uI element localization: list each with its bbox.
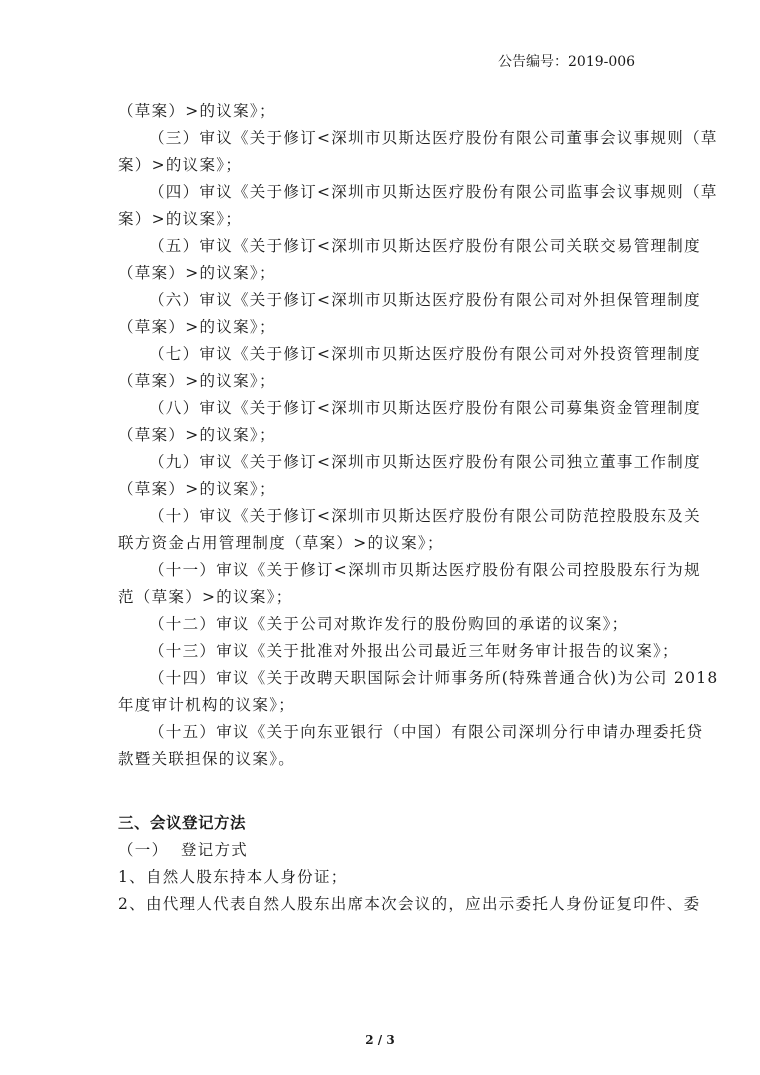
agenda-item-9: （九）审议《关于修订<深圳市贝斯达医疗股份有限公司独立董事工作制度 — [118, 449, 648, 476]
agenda-item-14: （十四）审议《关于改聘天职国际会计师事务所(特殊普通合伙)为公司 2018 — [118, 665, 648, 692]
agenda-item-3: （三）审议《关于修订<深圳市贝斯达医疗股份有限公司董事会议事规则（草 — [118, 125, 648, 152]
section-registration: 三、会议登记方法 （一） 登记方式 1、自然人股东持本人身份证； 2、由代理人代… — [118, 810, 648, 918]
agenda-line: （草案）>的议案》； — [118, 368, 648, 395]
agenda-item-8: （八）审议《关于修订<深圳市贝斯达医疗股份有限公司募集资金管理制度 — [118, 395, 648, 422]
agenda-line: （草案）>的议案》； — [118, 260, 648, 287]
agenda-line: 案）>的议案》； — [118, 206, 648, 233]
section-spacer — [118, 800, 648, 810]
agenda-line: （草案）>的议案》； — [118, 422, 648, 449]
agenda-item-7: （七）审议《关于修订<深圳市贝斯达医疗股份有限公司对外投资管理制度 — [118, 341, 648, 368]
agenda-item-4: （四）审议《关于修订<深圳市贝斯达医疗股份有限公司监事会议事规则（草 — [118, 179, 648, 206]
agenda-item-5: （五）审议《关于修订<深圳市贝斯达医疗股份有限公司关联交易管理制度 — [118, 233, 648, 260]
agenda-line: 联方资金占用管理制度（草案）>的议案》； — [118, 530, 648, 557]
agenda-item-10: （十）审议《关于修订<深圳市贝斯达医疗股份有限公司防范控股股东及关 — [118, 503, 648, 530]
page-indicator: 2 / 3 — [0, 1032, 760, 1048]
agenda-line: 范（草案）>的议案》； — [118, 584, 648, 611]
agenda-line: （草案）>的议案》； — [118, 314, 648, 341]
document-body: （草案）>的议案》； （三）审议《关于修订<深圳市贝斯达医疗股份有限公司董事会议… — [118, 98, 648, 918]
agenda-list: （草案）>的议案》； （三）审议《关于修订<深圳市贝斯达医疗股份有限公司董事会议… — [118, 98, 648, 773]
agenda-item-6: （六）审议《关于修订<深圳市贝斯达医疗股份有限公司对外担保管理制度 — [118, 287, 648, 314]
section-heading: 三、会议登记方法 — [118, 810, 648, 837]
subsection-heading: （一） 登记方式 — [118, 837, 648, 864]
registration-item-1: 1、自然人股东持本人身份证； — [118, 864, 648, 891]
agenda-item-12: （十二）审议《关于公司对欺诈发行的股份购回的承诺的议案》； — [118, 611, 648, 638]
agenda-item-15: （十五）审议《关于向东亚银行（中国）有限公司深圳分行申请办理委托贷 — [118, 719, 648, 746]
registration-item-2: 2、由代理人代表自然人股东出席本次会议的，应出示委托人身份证复印件、委 — [118, 891, 648, 918]
agenda-line: （草案）>的议案》； — [118, 98, 648, 125]
agenda-line: 年度审计机构的议案》； — [118, 692, 648, 719]
agenda-line: 案）>的议案》； — [118, 152, 648, 179]
agenda-item-13: （十三）审议《关于批准对外报出公司最近三年财务审计报告的议案》； — [118, 638, 648, 665]
agenda-line: （草案）>的议案》； — [118, 476, 648, 503]
section-spacer — [118, 773, 648, 800]
agenda-item-11: （十一）审议《关于修订<深圳市贝斯达医疗股份有限公司控股股东行为规 — [118, 557, 648, 584]
agenda-line: 款暨关联担保的议案》。 — [118, 746, 648, 773]
announcement-number: 公告编号：2019-006 — [498, 52, 635, 72]
